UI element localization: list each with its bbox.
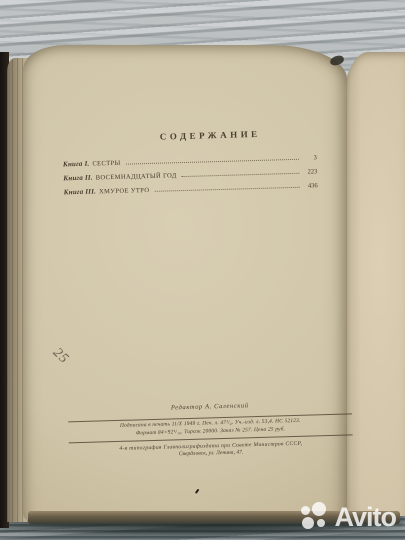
printed-content: СОДЕРЖАНИЕ Книга I. СЕСТРЫ 3 Книга II. В… — [18, 41, 355, 526]
book-photo: СОДЕРЖАНИЕ Книга I. СЕСТРЫ 3 Книга II. В… — [0, 0, 405, 540]
toc-title: СЕСТРЫ — [92, 160, 120, 168]
toc-page-number: 3 — [303, 154, 317, 161]
toc-title: ВОСЕМНАДЦАТЫЙ ГОД — [96, 172, 177, 181]
editor-line: Редактор А. Саленский — [58, 399, 362, 414]
avito-watermark: Avito — [300, 502, 397, 533]
toc-row: Книга III. ХМУРОЕ УТРО 436 — [64, 181, 318, 198]
toc-book-label: Книга III. — [64, 187, 97, 196]
toc-dot-leader — [182, 172, 300, 177]
avito-logo-icon — [300, 502, 330, 533]
toc-book-label: Книга II. — [63, 174, 93, 183]
toc-dot-leader — [126, 158, 299, 165]
ink-speck — [195, 489, 200, 494]
toc-book-label: Книга I. — [63, 160, 90, 169]
avito-watermark-text: Avito — [335, 504, 397, 531]
toc-page-number: 223 — [303, 168, 317, 175]
toc-dot-leader — [154, 186, 299, 192]
handwritten-price-note: 25 — [49, 345, 72, 368]
contents-heading: СОДЕРЖАНИЕ — [130, 128, 290, 142]
toc-page-number: 436 — [304, 182, 318, 189]
toc-title: ХМУРОЕ УТРО — [99, 187, 150, 195]
